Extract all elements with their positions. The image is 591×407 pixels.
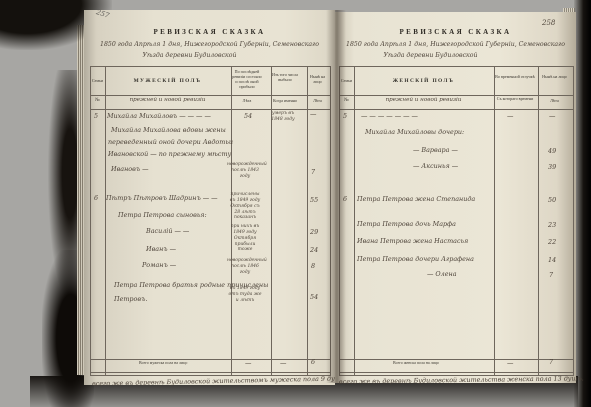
entry-present-age: 50 [548, 196, 556, 204]
totals-dash: — [245, 359, 251, 367]
entry-present-age: 23 [548, 221, 556, 229]
entry-present-age: 7 [311, 168, 315, 176]
column-header-male-sex: МУЖЕСКІЙ ПОЛЪ [105, 78, 230, 84]
totals-value: 6 [311, 358, 315, 366]
subheader-handwritten: прежней и новой ревизіи [354, 97, 493, 103]
subheader-age: Лѣта [231, 98, 263, 103]
entry-name: Василій — — [146, 227, 189, 235]
family-number: 6 [94, 194, 98, 202]
page-number: 258 [542, 19, 555, 27]
entry-name: Ивановъ — [111, 165, 149, 173]
family-number: 6 [343, 195, 347, 203]
entry-present-age: 39 [548, 163, 556, 171]
entry-name: переведенный оной дочери Авдотьи [108, 138, 233, 146]
entry-name: Петра Петрова дочь Марфа [357, 220, 456, 228]
family-number: 5 [343, 112, 347, 120]
entry-present-age: 22 [548, 238, 556, 246]
entry-name: Пѣтръ Пѣтровъ Шадринъ — — [106, 194, 218, 202]
entry-name: Михайла Михайловы дочери: [365, 128, 464, 136]
entry-present-age: — [310, 110, 316, 118]
pencil-annotation: 257 [95, 8, 110, 20]
subheader-number: № [90, 98, 105, 104]
entry-present-age: 7 [549, 271, 553, 279]
entry-newborn-note: новорожденный послѣ 1843 году [227, 162, 263, 180]
page-title: РЕВИЗСКАЯ СКАЗКА [335, 28, 576, 36]
subheader-since-when: Съ котораго времени [495, 96, 535, 101]
column-header-last-revision: По послѣдней ревизіи состояло и послѣ он… [231, 69, 263, 89]
column-header-departed: Изъ того числа выбыло [271, 72, 299, 82]
left-page-scan: 257 РЕВИЗСКАЯ СКАЗКА 1850 года Апрѣля 1 … [84, 10, 335, 385]
entry-dash: — [507, 112, 513, 120]
header-handwritten-line1: 1850 года Апрѣля 1 дня, Нижегородской Гу… [84, 41, 335, 48]
entry-name: Петра Петрова сыновья: [118, 211, 207, 219]
header-handwritten-line2: Уѣзда деревни Будиловской [64, 52, 315, 59]
entry-added-note: при нихъ въ 1849 году Октября прибыли то… [227, 224, 263, 253]
scan-right-edge-dark [574, 0, 591, 407]
entry-dashes: — — — — — — — [361, 112, 418, 120]
entry-present-age: 14 [548, 256, 556, 264]
entry-name: Ивановской — по прежнему мѣсту [108, 150, 231, 158]
entry-present-age: 24 [310, 246, 318, 254]
entry-name: Ивана Петрова жена Настасья [357, 237, 468, 245]
subheader-age: Лѣта [307, 98, 328, 103]
entry-name: — Варвара — [413, 146, 458, 154]
entry-present-age: 49 [548, 147, 556, 155]
entry-added-note: причислены въ 1849 году Октября съ 28 лѣ… [227, 192, 263, 221]
column-header-family: Семьи [90, 78, 105, 83]
entry-present-age: 55 [310, 196, 318, 204]
entry-present-age: 29 [310, 228, 318, 236]
subheader-handwritten: прежней и новой ревизіи [105, 97, 230, 103]
entry-name: Иванъ — [146, 245, 176, 253]
column-header-now-present: Нынѣ на лицо [307, 74, 328, 84]
family-number: 5 [94, 112, 98, 120]
entry-name: Михайла Михайлова вдовы жены [111, 126, 226, 134]
entry-name: Петра Петрова дочери Аграфена [357, 255, 474, 263]
entry-present-age: 8 [311, 262, 315, 270]
entry-present-age: 54 [310, 293, 318, 301]
entry-dash: — [549, 112, 555, 120]
entry-name: Михайла Михайловъ — — — — [107, 112, 211, 120]
page-title: РЕВИЗСКАЯ СКАЗКА [84, 28, 335, 36]
entry-name: Петровъ. [114, 295, 147, 303]
entry-name: Петра Петрова жена Степанида [357, 195, 475, 203]
header-handwritten-line2: Уѣзда деревни Будиловской [310, 52, 551, 59]
entry-name: — Аксинья — [413, 162, 458, 170]
subheader-age: Лѣта [539, 98, 570, 103]
totals-dash: — [507, 359, 513, 367]
totals-value: 7 [549, 358, 553, 366]
subheader-when-exactly: Когда именно [271, 98, 299, 103]
subheader-number: № [339, 98, 354, 104]
column-header-family: Семьи [339, 78, 354, 83]
entry-newborn-note: новорожденный послѣ 1846 году [227, 258, 263, 276]
column-header-female-sex: ЖЕНСКІЙ ПОЛЪ [354, 78, 493, 84]
entry-added-note: въ 1849 году отъ туда же и лѣтъ [227, 286, 263, 304]
totals-label: Всего мужеска пола на лицо [139, 360, 187, 365]
entry-departed-note: умеръ въ 1848 году [267, 111, 299, 123]
totals-label: Всего женска пола на лицо [393, 360, 439, 365]
column-header-now-present: Нынѣ на лицо [539, 74, 570, 79]
column-header-temporary-absence: Во временной отлучкѣ [495, 74, 535, 79]
entry-age-last-revision: 54 [244, 112, 252, 120]
entry-name: Романъ — [142, 261, 176, 269]
scanned-document: 257 РЕВИЗСКАЯ СКАЗКА 1850 года Апрѣля 1 … [0, 0, 591, 407]
entry-name: — Олена [427, 270, 457, 278]
right-page-scan: 258 РЕВИЗСКАЯ СКАЗКА 1850 года Апрѣля 1 … [335, 12, 576, 383]
header-handwritten-line1: 1850 года Апрѣля 1 дня, Нижегородской Гу… [335, 41, 576, 48]
totals-dash: — [280, 359, 286, 367]
